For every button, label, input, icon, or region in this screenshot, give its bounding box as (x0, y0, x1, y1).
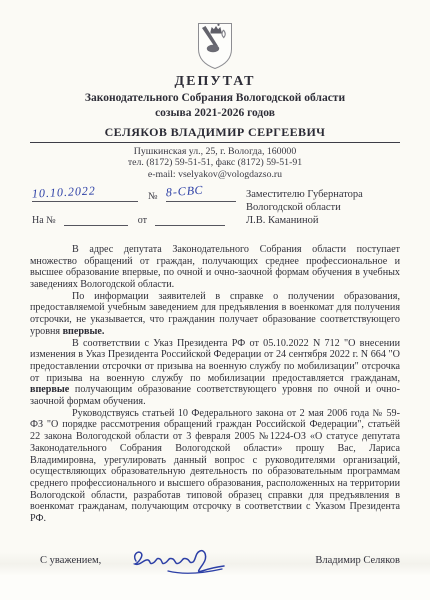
handwritten-signature-icon (126, 545, 230, 577)
paragraph-3: В соответствии с Указ Президента РФ от 0… (30, 338, 400, 408)
header-divider (30, 142, 400, 143)
vologda-coat-of-arms-icon (196, 22, 234, 70)
header-phone: тел. (8172) 59-51-51, факс (8172) 59-51-… (0, 157, 430, 168)
closing-phrase: С уважением, (40, 555, 101, 566)
reference-block: 10.10.2022 № 8-СВС На № от Заместителю Г… (32, 187, 398, 227)
header-title: ДЕПУТАТ (0, 74, 430, 90)
deputy-name: СЕЛЯКОВ ВЛАДИМИР СЕРГЕЕВИЧ (0, 125, 430, 140)
incoming-line: На № от (32, 211, 236, 226)
addressee-block: Заместителю Губернатора Вологодской обла… (246, 187, 398, 227)
paragraph-1: В адрес депутата Законодательного Собран… (30, 244, 400, 291)
outgoing-number-field: 8-СВС (166, 187, 236, 202)
addressee-position: Заместителю Губернатора (246, 188, 398, 201)
letter-page: ДЕПУТАТ Законодательного Собрания Волого… (0, 0, 430, 600)
letter-body: В адрес депутата Законодательного Собран… (30, 244, 400, 525)
reference-fields: 10.10.2022 № 8-СВС На № от (32, 187, 236, 227)
paragraph-2: По информации заявителей в справке о пол… (30, 291, 400, 338)
header-address: Пушкинская ул., 25, г. Вологда, 160000 (0, 146, 430, 157)
addressee-person: Л.В. Каманиной (246, 214, 398, 227)
outgoing-date-field: 10.10.2022 (32, 187, 138, 202)
handwritten-number: 8-СВС (165, 183, 204, 201)
handwritten-date: 10.10.2022 (32, 183, 97, 201)
header-email: e-mail: vselyakov@vologdazso.ru (0, 169, 430, 180)
from-label: от (138, 215, 147, 226)
letterhead (0, 0, 430, 70)
paragraph-4: Руководствуясь статьей 10 Федерального з… (30, 408, 400, 525)
incoming-date-field (155, 211, 225, 226)
header-term: созыва 2021-2026 годов (0, 107, 430, 120)
number-label: № (148, 191, 158, 202)
incoming-number-field (64, 211, 128, 226)
header-organization: Законодательного Собрания Вологодской об… (0, 92, 430, 105)
signer-name: Владимир Селяков (315, 555, 400, 566)
signature-block: С уважением, Владимир Селяков (40, 545, 400, 577)
addressee-region: Вологодской области (246, 201, 398, 214)
reply-label: На № (32, 215, 56, 226)
outgoing-line: 10.10.2022 № 8-СВС (32, 187, 236, 202)
